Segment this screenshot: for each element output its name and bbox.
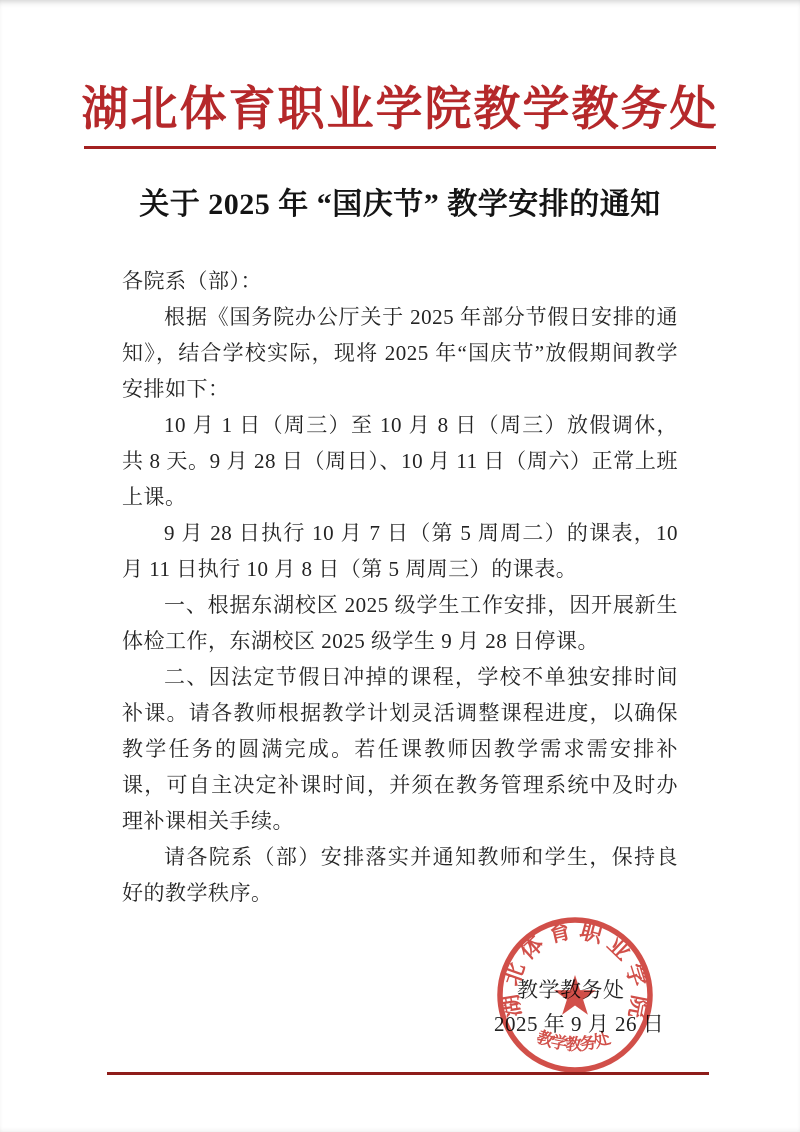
svg-text:湖北体育职业学院: 湖北体育职业学院 [497, 916, 653, 1021]
seal-ring-text: 湖北体育职业学院 [497, 916, 653, 1021]
seal-bottom-text: 教学教务处 [534, 1027, 613, 1054]
header-rule [84, 146, 716, 149]
salutation-line: 各院系（部）： [122, 263, 678, 299]
body-paragraph: 根据《国务院办公厅关于 2025 年部分节假日安排的通知》，结合学校实际，现将 … [122, 299, 678, 407]
doc-body: 各院系（部）： 根据《国务院办公厅关于 2025 年部分节假日安排的通知》，结合… [122, 263, 678, 911]
official-seal: 湖北体育职业学院 教学教务处 [492, 913, 658, 1079]
body-paragraph: 请各院系（部）安排落实并通知教师和学生，保持良好的教学秩序。 [122, 839, 678, 911]
star-icon [554, 975, 596, 1015]
svg-text:教学教务处: 教学教务处 [534, 1027, 613, 1054]
doc-title: 关于 2025 年 “国庆节” 教学安排的通知 [40, 179, 760, 223]
body-paragraph: 一、根据东湖校区 2025 级学生工作安排，因开展新生体检工作，东湖校区 202… [122, 587, 678, 659]
footer-rule [107, 1072, 709, 1075]
body-paragraph: 10 月 1 日（周三）至 10 月 8 日（周三）放假调休，共 8 天。9 月… [122, 407, 678, 515]
document-page: 湖北体育职业学院教学教务处 关于 2025 年 “国庆节” 教学安排的通知 各院… [0, 0, 800, 1132]
body-paragraph: 9 月 28 日执行 10 月 7 日（第 5 周周二）的课表，10 月 11 … [122, 515, 678, 587]
org-header-title: 湖北体育职业学院教学教务处 [40, 86, 760, 135]
body-paragraph: 二、因法定节假日冲掉的课程，学校不单独安排时间补课。请各教师根据教学计划灵活调整… [122, 659, 678, 839]
